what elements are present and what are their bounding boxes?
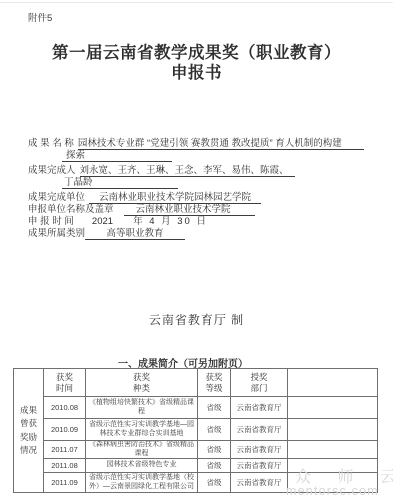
- authors-value-line2: 丁晶龄: [62, 174, 178, 189]
- award-dept: 云南省教育厅: [231, 473, 288, 493]
- award-kind: 《植物组培快繁技术》省级精品课程: [86, 397, 198, 419]
- award-row: 2010.09 省级示范性实习实训教学基地—园林技术专业群综合实训基地 省级 云…: [14, 419, 378, 441]
- award-kind: 《森林病虫害防治技术》省级精品课程: [86, 441, 198, 459]
- award-row: 2011.07 《森林病虫害防治技术》省级精品课程 省级 云南省教育厅: [14, 441, 378, 459]
- attachment-label: 附件5: [28, 10, 52, 24]
- award-kind: 省级示范性实习实训教学基地—园林技术专业群综合实训基地: [86, 419, 198, 441]
- col-header-time: 获奖 时间: [44, 369, 86, 397]
- watermark-site: mentorsc.com: [286, 484, 379, 498]
- award-time: 2011.09: [44, 473, 86, 493]
- award-level: 省级: [198, 473, 231, 493]
- award-dept: 云南省教育厅: [231, 441, 288, 459]
- row-header-line: 情况: [14, 444, 43, 458]
- award-level: 省级: [198, 397, 231, 419]
- field-authors: 成果完成人 刘永宽、王齐、王琳、王念、李军、易伟、陈霞、: [28, 162, 364, 174]
- award-level: 省级: [198, 441, 231, 459]
- award-kind: 省级示范性实习实训教学基地（校外）—云南景园绿化工程有限公司: [86, 473, 198, 493]
- award-dept: 云南省教育厅: [231, 459, 288, 473]
- row-header-line: 曾获: [14, 417, 43, 431]
- awards-header-row: 成果 曾获 奖励 情况 获奖 时间 获奖 种类 获奖 等级 授奖 部门: [14, 369, 378, 397]
- application-form-page: 附件5 第一届云南省教学成果奖（职业教育） 申报书 成 果 名 称 园林技术专业…: [0, 0, 393, 500]
- field-achievement-name: 成 果 名 称 园林技术专业群 “党建引领 赛教贯通 教改提质” 育人机制的构建: [28, 135, 364, 147]
- col-header-dept: 授奖 部门: [231, 369, 288, 397]
- award-time: 2010.09: [44, 419, 86, 441]
- col-header-kind: 获奖 种类: [86, 369, 198, 397]
- empty-cell: [288, 419, 378, 441]
- empty-cell: [288, 441, 378, 459]
- award-level: 省级: [198, 419, 231, 441]
- col-header-level: 获奖 等级: [198, 369, 231, 397]
- award-dept: 云南省教育厅: [231, 397, 288, 419]
- row-header-line: 成果: [14, 404, 43, 418]
- field-applicant-unit: 申报单位名称及盖章 云南林业职业技术学院: [28, 201, 364, 213]
- category-label: 成果所属类别: [28, 225, 85, 239]
- top-divider: [0, 2, 393, 3]
- awards-row-header: 成果 曾获 奖励 情况: [14, 369, 44, 493]
- award-time: 2010.08: [44, 397, 86, 419]
- row-header-line: 奖励: [14, 431, 43, 445]
- achievement-name-value-line2: 探索: [62, 147, 172, 162]
- award-level: 省级: [198, 459, 231, 473]
- award-time: 2011.08: [44, 459, 86, 473]
- award-kind: 园林技术省级特色专业: [86, 459, 198, 473]
- form-fields: 成 果 名 称 园林技术专业群 “党建引领 赛教贯通 教改提质” 育人机制的构建…: [28, 135, 364, 237]
- award-row: 2010.08 《植物组培快繁技术》省级精品课程 省级 云南省教育厅: [14, 397, 378, 419]
- empty-cell: [288, 369, 378, 397]
- empty-cell: [288, 397, 378, 419]
- field-completing-unit: 成果完成单位 云南林业职业技术学院园林园艺学院: [28, 189, 364, 201]
- title-line1: 第一届云南省教学成果奖（职业教育）: [0, 43, 393, 63]
- page-title: 第一届云南省教学成果奖（职业教育） 申报书: [0, 43, 393, 83]
- category-value: 高等职业教育: [85, 225, 185, 240]
- publisher-line: 云南省教育厅 制: [0, 311, 393, 328]
- award-dept: 云南省教育厅: [231, 419, 288, 441]
- award-time: 2011.07: [44, 441, 86, 459]
- title-line2: 申报书: [0, 63, 393, 83]
